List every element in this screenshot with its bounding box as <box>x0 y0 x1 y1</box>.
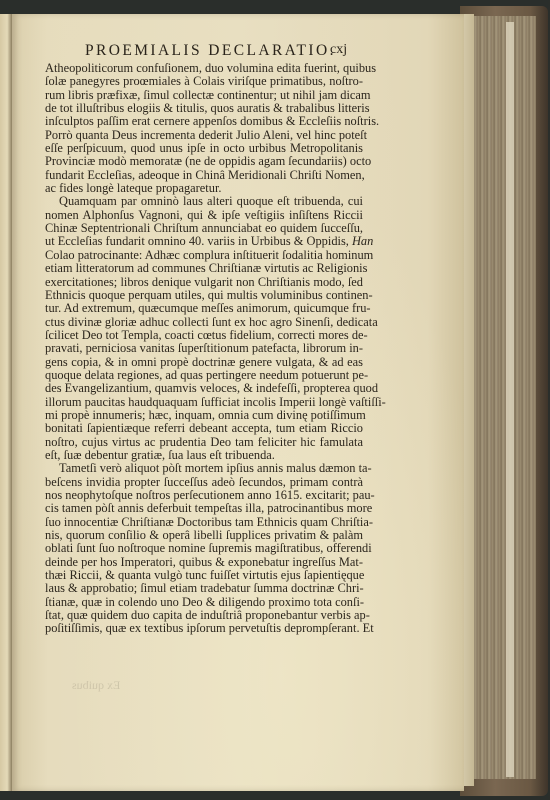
text-line: nomen Alphonſus Vagnoni, qui & ipſe veſt… <box>45 209 363 222</box>
text-line: exercitationes; libros denique vulgarit … <box>45 276 363 289</box>
text-line: Atheopoliticorum confuſionem, duo volumi… <box>45 62 363 75</box>
text-line: ac fides longè lateque propagaretur. <box>45 182 363 195</box>
text-line: inſculptos paſſim erat cernere appenſos … <box>45 115 363 128</box>
text-line: cis tamen pòſt annis deferbuit tempeſtas… <box>45 502 363 515</box>
page-block-front-edge <box>506 22 514 777</box>
text-line: de tot illuſtribus elogiis & titulis, qu… <box>45 102 363 115</box>
text-line: Colao patrocinante: Adhæc complura inſti… <box>45 249 363 262</box>
text-line: illorum paucitas haudquaquam ſufficiat i… <box>45 396 363 409</box>
text-line: ſuo innocentiæ Chriſtianæ Doctoribus tam… <box>45 516 363 529</box>
text-line: gens copia, & in omni propè doctrinæ gen… <box>45 356 363 369</box>
text-line: beſcens invidia propter ſucceſſus adeò ſ… <box>45 476 363 489</box>
folio-number: cxj <box>330 42 347 58</box>
show-through-catchword: Ex quibus <box>72 678 120 693</box>
text-line: etiam litteratorum ad communes Chriſtian… <box>45 262 363 275</box>
text-line: Ethnicis quoque perquam utiles, qui mult… <box>45 289 363 302</box>
text-line: quoque delata regiones, ad quas pertinge… <box>45 369 363 382</box>
text-line: laus & approbatio; ſimul etiam tradebatu… <box>45 582 363 595</box>
text-line: ſcilicet Deo tot Templa, coacti cœtus fi… <box>45 329 363 342</box>
text-line: eſſe perſpicuum, quod unus ipſe in octo … <box>45 142 363 155</box>
text-line: Provinciæ modò memoratæ (ne de oppidis a… <box>45 155 363 168</box>
text-line: deinde per hos Imperatori, quibus & expo… <box>45 556 363 569</box>
running-head: PROEMIALIS DECLARATIO. cxj <box>12 42 464 62</box>
text-line: ſtianæ, quæ in colendo uno Deo & diligen… <box>45 596 363 609</box>
running-head-title: PROEMIALIS DECLARATIO. <box>85 42 336 60</box>
text-line: nis, quorum conſilio & operâ libelli ſup… <box>45 529 363 542</box>
text-line: noſtro, cujus virtus ac prudentia Deo ta… <box>45 436 363 449</box>
text-line: tur. Ad extremum, quæcumque meſſes animo… <box>45 302 363 315</box>
page-block-edge <box>470 16 536 779</box>
text-line: thæi Riccii, & quanta vulgò tunc fuiſſet… <box>45 569 363 582</box>
text-line: oblati ſunt ſuo noſtroque nomine ſupremi… <box>45 542 363 555</box>
italic-word: Han <box>349 234 373 248</box>
text-line: mi propè innumeris; hæc, inquam, omnia c… <box>45 409 363 422</box>
body-text: Atheopoliticorum confuſionem, duo volumi… <box>45 62 363 636</box>
text-line: nos neophytoſque noſtros perſecutionem a… <box>45 489 363 502</box>
text-line: Porrò quanta Deus incrementa dederit Jul… <box>45 129 363 142</box>
text-line: eſt, ſuæ debentur gratiæ, ſua laus eſt t… <box>45 449 363 462</box>
text-line: rum libris præfixæ, ſimul collectæ conti… <box>45 89 363 102</box>
text-line: pravati, perniciosa vanitas ſuperſtition… <box>45 342 363 355</box>
book-page: PROEMIALIS DECLARATIO. cxj Atheopolitico… <box>12 14 464 791</box>
text-line: Chinæ Septentrionali Chriſtum annunciaba… <box>45 222 363 235</box>
text-line: poſitiſſimis, quæ ex textibus ipſorum pe… <box>45 622 363 635</box>
text-line: des Evangelizantium, quamvis veloces, & … <box>45 382 363 395</box>
text-line: bonitati ſapientiæque referri debeant ac… <box>45 422 363 435</box>
text-line: fundarit Eccleſias, adeoque in Chinâ Mer… <box>45 169 363 182</box>
text-line: Tametſi verò aliquot pòſt mortem ipſius … <box>45 462 363 475</box>
text-line: Quamquam par omninò laus alteri quoque e… <box>45 195 363 208</box>
text-line: ſtat, quæ quidem duo capita de induſtriâ… <box>45 609 363 622</box>
text-line: ſolæ panegyres proœmiales à Colais viriſ… <box>45 75 363 88</box>
text-line: ut Eccleſias fundarit omnino 40. variis … <box>45 235 363 248</box>
text-line: ctus divinæ gloriæ adhuc collecti ſunt e… <box>45 316 363 329</box>
